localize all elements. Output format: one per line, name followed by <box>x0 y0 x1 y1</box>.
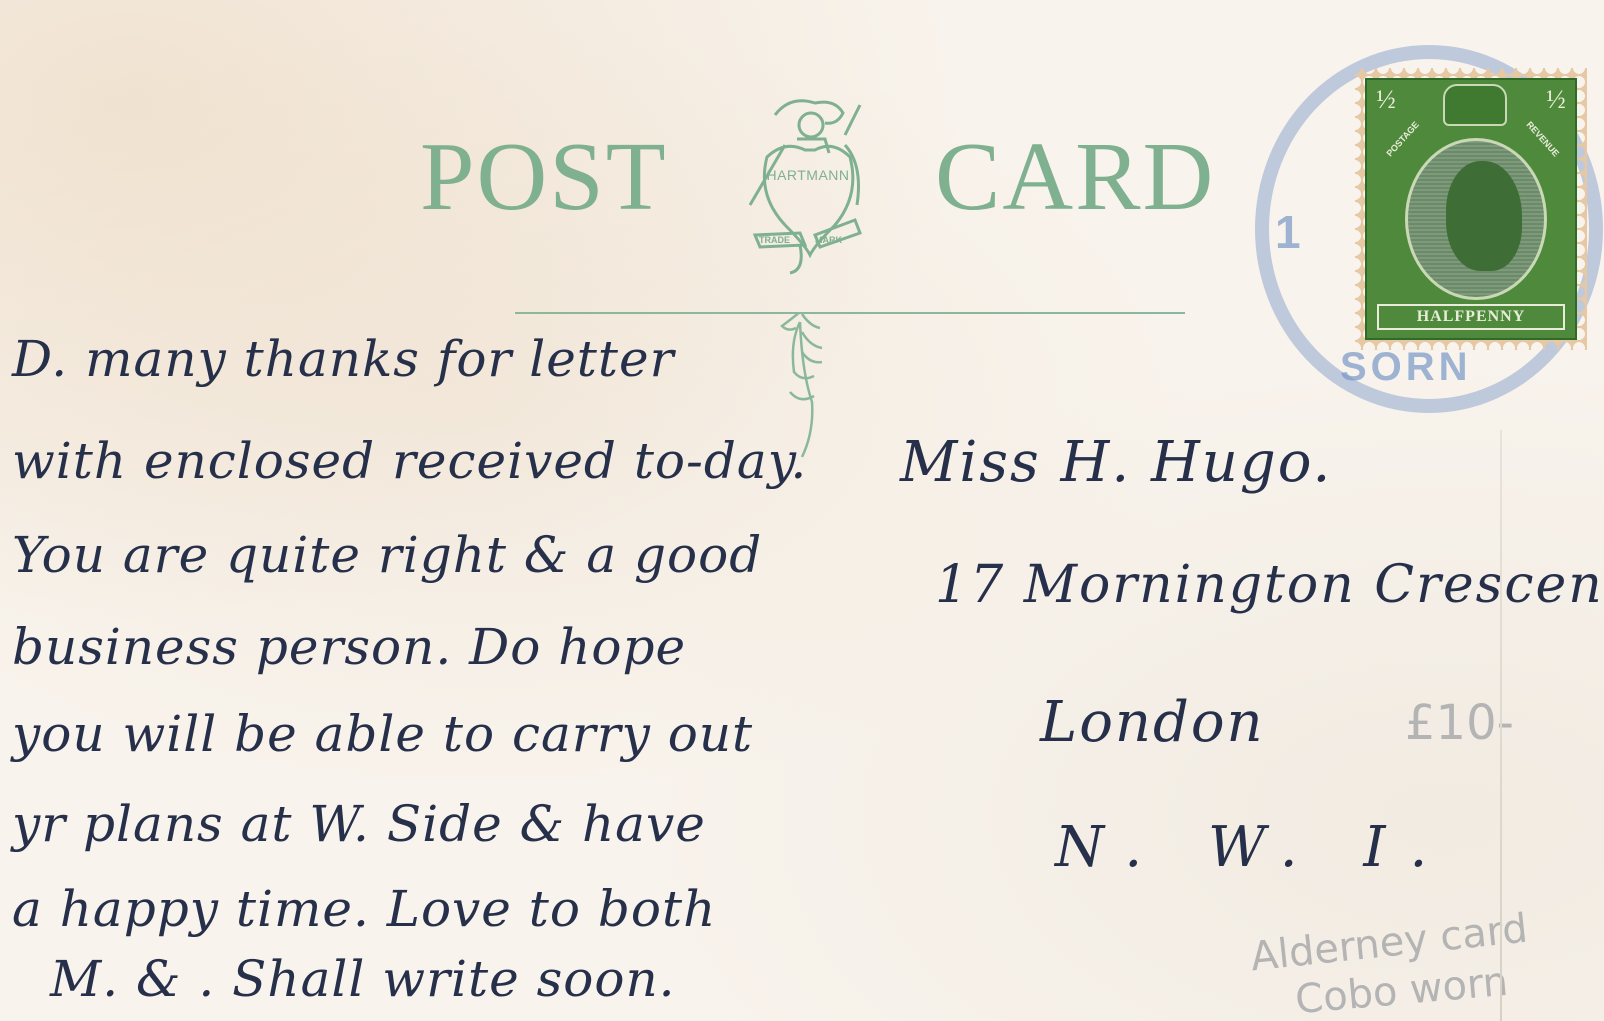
message-line: D. many thanks for letter <box>12 330 674 388</box>
header-card-word: CARD <box>935 128 1215 226</box>
address-postal-district: N. W. I. <box>1055 815 1451 880</box>
postmark-date-fragment: 1 <box>1275 205 1301 259</box>
message-line: business person. Do hope <box>12 618 686 676</box>
trademark-name: HARTMANN <box>763 167 853 183</box>
stamp-value-label: HALFPENNY <box>1377 304 1565 330</box>
address-street: 17 Mornington Crescent <box>935 555 1604 615</box>
postmark-town-fragment: SORN <box>1340 345 1472 390</box>
message-line: yr plans at W. Side & have <box>12 795 706 853</box>
postcard-back: POST HARTMANN TRADE MARK CARD <box>0 0 1604 1021</box>
halfpenny-stamp: ½ ½ POSTAGE REVENUE HALFPENNY <box>1365 78 1577 340</box>
king-george-v-profile-icon <box>1446 161 1522 271</box>
pencil-price-note: £10- <box>1405 695 1514 751</box>
stamp-denomination-left: ½ <box>1375 88 1397 111</box>
stamp-postage-label: POSTAGE <box>1384 120 1420 159</box>
message-line: you will be able to carry out <box>12 705 753 763</box>
address-divider-line <box>515 312 1185 314</box>
address-recipient: Miss H. Hugo. <box>900 430 1332 495</box>
trademark-ribbon-mark: MARK <box>815 235 842 245</box>
message-line: a happy time. Love to both <box>12 880 716 938</box>
message-line: with enclosed received to-day. <box>12 432 807 490</box>
message-line: You are quite right & a good <box>12 526 762 584</box>
stamp-denomination-right: ½ <box>1545 88 1567 111</box>
message-line: M. & . Shall write soon. <box>50 950 676 1008</box>
stamp-revenue-label: REVENUE <box>1525 119 1562 158</box>
trademark-ribbon-trade: TRADE <box>759 235 790 245</box>
girl-with-heart-shield-icon <box>745 95 875 275</box>
address-city: London <box>1040 690 1265 755</box>
card-crease <box>1500 430 1502 1021</box>
hartmann-trademark: HARTMANN TRADE MARK <box>745 95 875 275</box>
crown-icon <box>1443 84 1507 126</box>
stamp-portrait-oval <box>1405 138 1547 300</box>
header-post-word: POST <box>420 128 668 226</box>
